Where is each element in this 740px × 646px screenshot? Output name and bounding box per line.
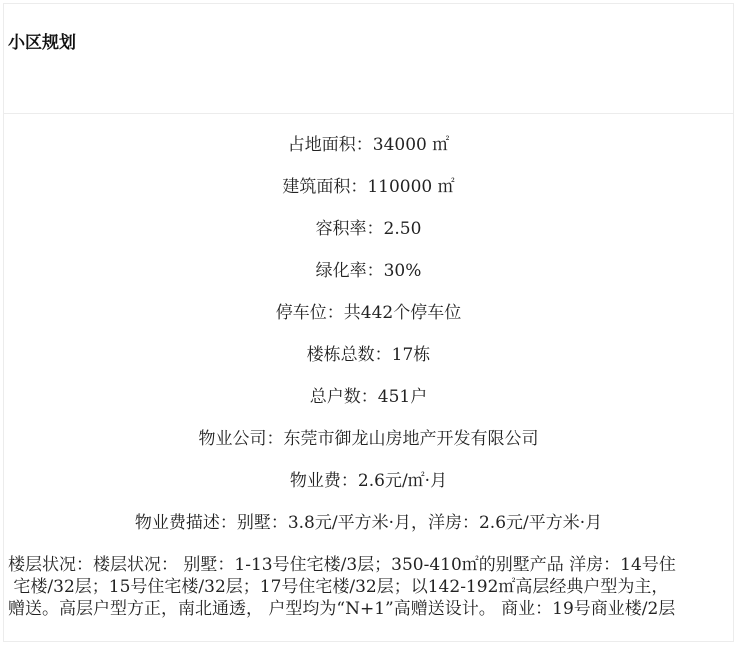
- building-area: 建筑面积：110000 ㎡: [4, 176, 733, 198]
- floor-status-line: 楼层状况：楼层状况： 别墅：1-13号住宅楼/3层；350-410㎡的别墅产品 …: [8, 554, 729, 576]
- property-company: 物业公司：东莞市御龙山房地产开发有限公司: [4, 428, 733, 450]
- building-count: 楼栋总数：17栋: [4, 344, 733, 366]
- land-area: 占地面积：34000 ㎡: [4, 134, 733, 156]
- panel-header: 小区规划: [4, 4, 733, 114]
- floor-status-line: 赠送。高层户型方正，南北通透， 户型均为“N+1”高赠送设计。 商业：19号商业…: [8, 598, 729, 620]
- property-fee: 物业费：2.6元/㎡·月: [4, 470, 733, 492]
- panel-body: 占地面积：34000 ㎡ 建筑面积：110000 ㎡ 容积率：2.50 绿化率：…: [4, 114, 733, 620]
- parking-spaces: 停车位：共442个停车位: [4, 302, 733, 324]
- floor-status-description: 楼层状况：楼层状况： 别墅：1-13号住宅楼/3层；350-410㎡的别墅产品 …: [4, 554, 733, 620]
- floor-status-line: 宅楼/32层；15号住宅楼/32层；17号住宅楼/32层；以142-192㎡高层…: [8, 576, 729, 598]
- plot-ratio: 容积率：2.50: [4, 218, 733, 240]
- panel-title: 小区规划: [8, 28, 76, 53]
- property-fee-description: 物业费描述：别墅：3.8元/平方米·月，洋房：2.6元/平方米·月: [4, 512, 733, 534]
- greening-rate: 绿化率：30%: [4, 260, 733, 282]
- household-count: 总户数：451户: [4, 386, 733, 408]
- community-planning-panel: 小区规划 占地面积：34000 ㎡ 建筑面积：110000 ㎡ 容积率：2.50…: [3, 3, 734, 642]
